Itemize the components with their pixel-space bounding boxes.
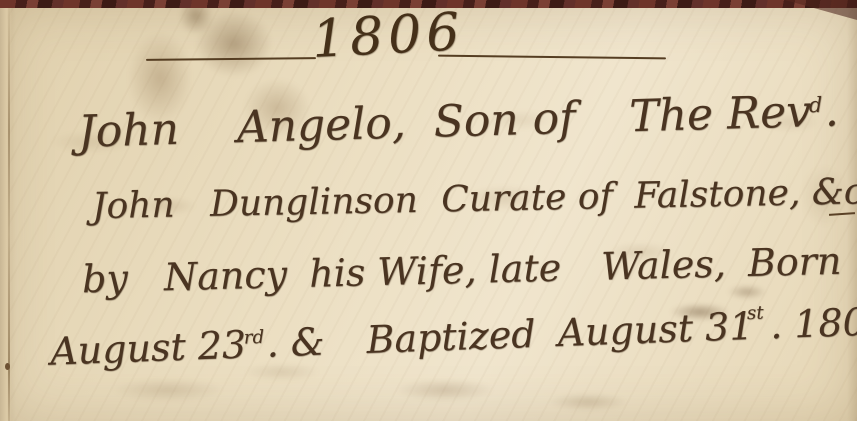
word-child-surname: Angelo, [236,97,406,153]
word-father-forename: John [92,185,175,228]
superscript-d: d [808,92,822,117]
book-cover-edge [0,0,857,8]
word-mother-forename: Nancy [163,252,287,299]
baptism-year: . 1806. [769,298,857,347]
word-maiden-name: Wales, [601,242,727,289]
word-baptized: Baptized [366,312,537,362]
word-parish-etc: Falstone, &c.&c. [634,170,857,217]
word-father-surname: Dunglinson [210,180,419,225]
register-page-photo: 1806 John Angelo, Son of The Revd. John … [0,0,857,421]
birth-date: August 23 [49,322,246,373]
superscript-rd: rd [243,327,264,349]
baptism-date: August 31 [557,304,754,355]
word-the-rev: The Rev [629,86,812,142]
word-son-of: Son of [433,93,576,148]
page-gutter-edge [0,6,12,421]
word-his-wife-late: his Wife, late [309,246,562,296]
word-born: Born [747,239,842,285]
rev-punctuation: . [824,85,839,136]
word-curate-of: Curate of [441,176,613,220]
word-child-forename: John [77,104,179,158]
ink-dot [5,363,10,370]
ampersand-joiner: . & [266,320,326,366]
word-by: by [82,256,129,301]
year-heading: 1806 [311,2,466,70]
page-fold-line [8,6,10,421]
superscript-st: st [747,302,764,324]
